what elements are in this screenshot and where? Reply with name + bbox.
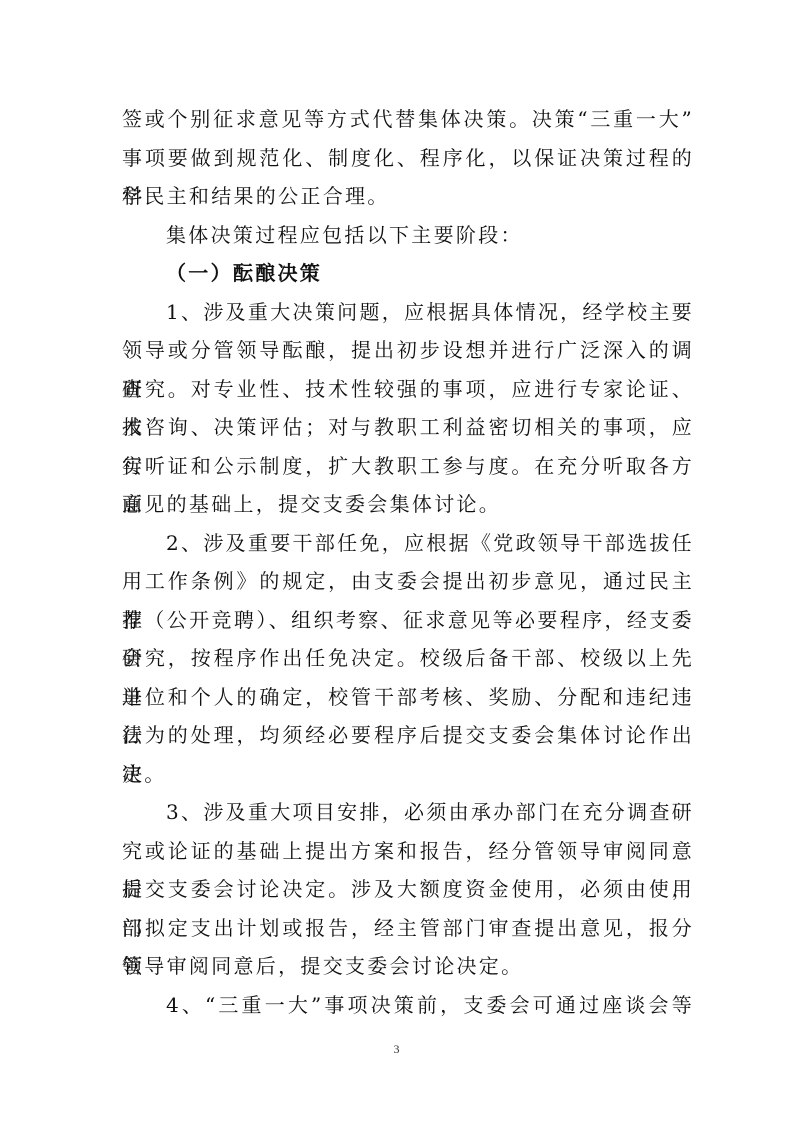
document-page: 签或个别征求意见等方式代替集体决策。决策“三重一大” 事项要做到规范化、制度化、… xyxy=(0,0,793,1122)
text-line: 行听证和公示制度，扩大教职工参与度。在充分听取各方面 xyxy=(122,447,694,486)
text-line: 究或论证的基础上提出方案和报告，经分管领导审阅同意后， xyxy=(122,832,694,871)
page-number: 3 xyxy=(0,1042,793,1057)
section-heading: （一）酝酿决策 xyxy=(122,254,694,293)
text-line: 单位和个人的确定，校管干部考核、奖励、分配和违纪违法 xyxy=(122,678,694,717)
paragraph-item-3: 3、涉及重大项目安排，必须由承办部门在充分调查研 xyxy=(122,793,694,832)
paragraph-item-4: 4、“三重一大”事项决策前，支委会可通过座谈会等 xyxy=(122,986,694,1025)
text-line: 领导或分管领导酝酿，提出初步设想并进行广泛深入的调查 xyxy=(122,331,694,370)
text-line: 定。 xyxy=(122,755,694,794)
paragraph-item-2: 2、涉及重要干部任免，应根据《党政领导干部选拔任 xyxy=(122,524,694,563)
text-line: 用工作条例》的规定，由支委会提出初步意见，通过民主推 xyxy=(122,562,694,601)
document-body: 签或个别征求意见等方式代替集体决策。决策“三重一大” 事项要做到规范化、制度化、… xyxy=(122,100,694,1024)
text-line: 学民主和结果的公正合理。 xyxy=(122,177,694,216)
text-line: 领导审阅同意后，提交支委会讨论决定。 xyxy=(122,947,694,986)
text-line: 荐（公开竞聘）、组织考察、征求意见等必要程序，经支委会 xyxy=(122,601,694,640)
text-line: 意见的基础上，提交支委会集体讨论。 xyxy=(122,485,694,524)
text-line: 研究。对专业性、技术性较强的事项，应进行专家论证、技 xyxy=(122,370,694,409)
text-line: 提交支委会讨论决定。涉及大额度资金使用，必须由使用部 xyxy=(122,870,694,909)
paragraph-intro: 集体决策过程应包括以下主要阶段： xyxy=(122,216,694,255)
text-line: 术咨询、决策评估；对与教职工利益密切相关的事项，应实 xyxy=(122,408,694,447)
text-line: 门拟定支出计划或报告，经主管部门审查提出意见，报分管 xyxy=(122,909,694,948)
text-line: 行为的处理，均须经必要程序后提交支委会集体讨论作出决 xyxy=(122,716,694,755)
text-line: 签或个别征求意见等方式代替集体决策。决策“三重一大” xyxy=(122,100,694,139)
paragraph-item-1: 1、涉及重大决策问题，应根据具体情况，经学校主要 xyxy=(122,293,694,332)
text-line: 事项要做到规范化、制度化、程序化，以保证决策过程的科 xyxy=(122,139,694,178)
text-line: 研究，按程序作出任免决定。校级后备干部、校级以上先进 xyxy=(122,639,694,678)
